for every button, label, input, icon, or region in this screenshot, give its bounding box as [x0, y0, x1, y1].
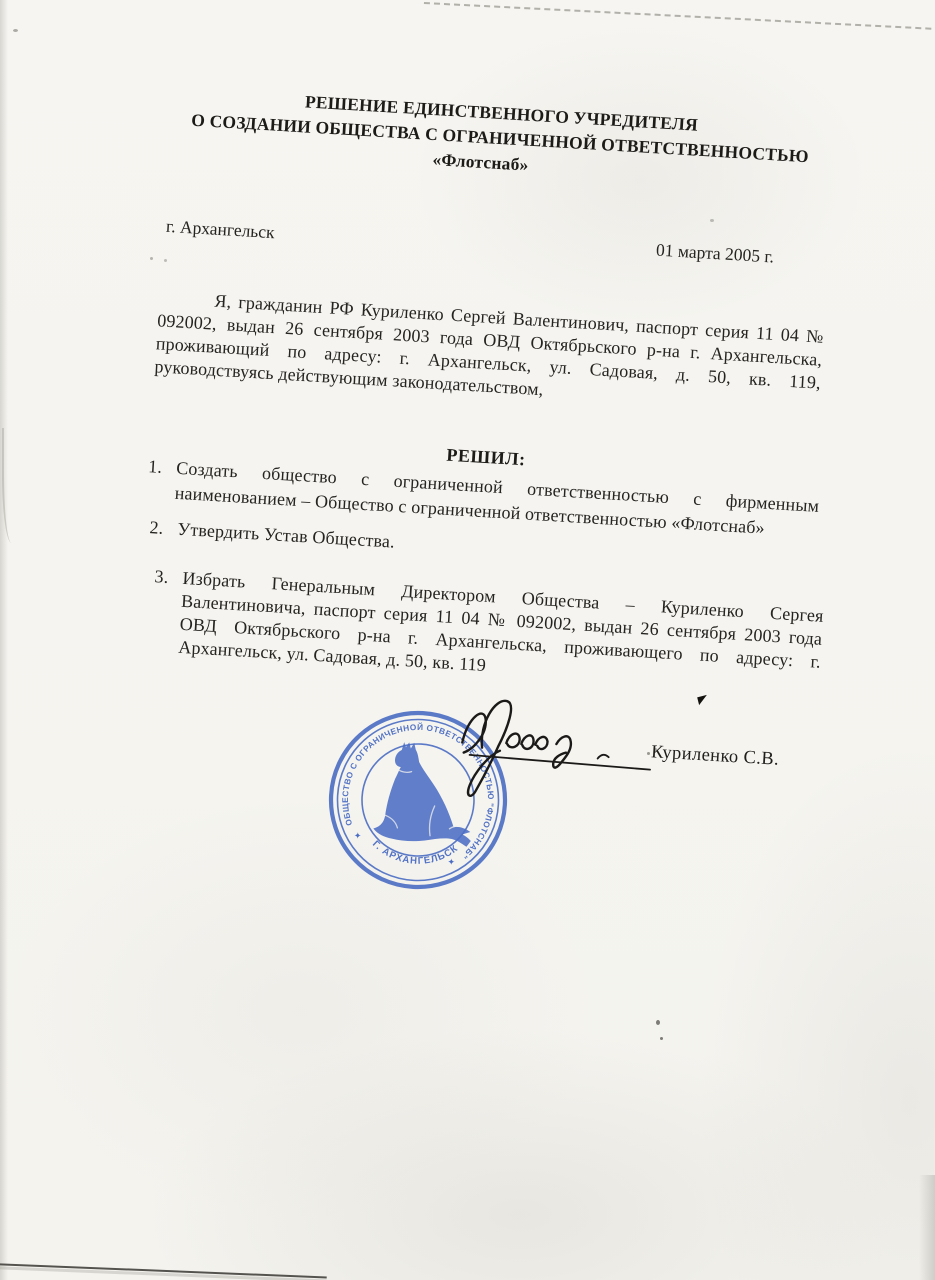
scan-edge-left: [0, 0, 8, 1280]
signature-stroke: [468, 699, 512, 798]
scan-artifact-bottom-line-shadow: [0, 1266, 327, 1280]
resolution-item-3: 3. Избрать Генеральным Директором Общест…: [150, 565, 824, 697]
item-number: 2.: [149, 516, 178, 541]
signature-graphic: [444, 682, 666, 820]
document-title: РЕШЕНИЕ ЕДИНСТВЕННОГО УЧРЕДИТЕЛЯ О СОЗДА…: [148, 80, 851, 196]
signature: [444, 682, 666, 820]
scan-artifact-crease: [2, 428, 18, 543]
seal-star-right: ✦: [447, 857, 456, 867]
preamble-paragraph: Я, гражданин РФ Куриленко Сергей Валенти…: [154, 286, 824, 417]
scan-speck: [660, 1037, 663, 1040]
date-label: 01 марта 2005 г.: [656, 240, 807, 270]
scan-edge-right: [919, 1175, 935, 1280]
city-label: г. Архангельск: [165, 216, 275, 243]
scan-speck: [656, 1020, 660, 1025]
scan-artifact-top-line: [424, 2, 931, 30]
scan-speck: [150, 257, 153, 260]
scan-speck: [13, 29, 18, 32]
item-number: 1.: [146, 454, 177, 506]
signature-stroke: [506, 733, 548, 750]
scan-speck: [164, 259, 167, 262]
scanned-document-page: { "document": { "title_lines": [ "РЕШЕНИ…: [0, 0, 935, 1280]
scan-artifact-triangle: [697, 695, 709, 705]
signature-tilde: [598, 754, 609, 759]
signature-underline: [469, 755, 650, 770]
scan-speck: [710, 219, 714, 222]
signature-name: Куриленко С.В.: [650, 742, 779, 771]
seal-star-left: ✦: [354, 830, 363, 840]
